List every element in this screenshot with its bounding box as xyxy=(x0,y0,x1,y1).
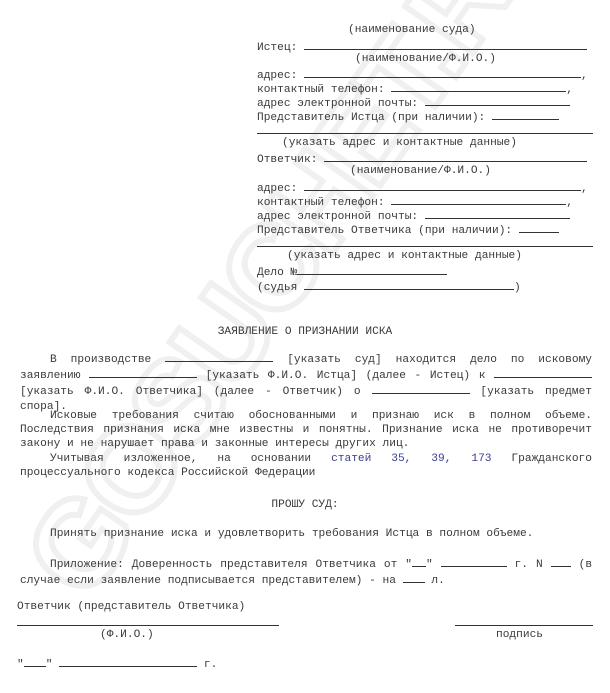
attachment-year: г. xyxy=(515,559,528,571)
fio-field[interactable] xyxy=(17,615,279,626)
plaintiff-rep-caption: (указать адрес и контактные данные) xyxy=(282,137,517,150)
defendant-address-field[interactable] xyxy=(304,180,581,191)
document-title: ЗАЯВЛЕНИЕ О ПРИЗНАНИИ ИСКА xyxy=(0,326,610,339)
date-row: "" г. xyxy=(17,656,217,672)
poa-day-field[interactable] xyxy=(412,556,426,567)
judge-close: ) xyxy=(514,282,521,294)
signature-label: Ответчик (представитель Ответчика) xyxy=(17,601,245,614)
date-quote-open: " xyxy=(17,659,24,671)
plaintiff-address-field[interactable] xyxy=(304,67,581,78)
case-label: Дело № xyxy=(257,267,297,279)
fio-caption: (Ф.И.О.) xyxy=(100,629,154,642)
plaintiff-caption: (наименование/Ф.И.О.) xyxy=(355,53,496,66)
request-title: ПРОШУ СУД: xyxy=(0,499,610,512)
p1-text-a: В производстве xyxy=(50,354,151,366)
signature-field[interactable] xyxy=(455,615,593,626)
court-caption: (наименование суда) xyxy=(348,24,476,37)
date-quote-close: " xyxy=(46,659,53,671)
defendant-field[interactable] xyxy=(324,151,587,162)
p1-text-d: [указать Ф.И.О. Ответчика] (далее - Отве… xyxy=(20,386,361,398)
paragraph-acceptance: Исковые требования считаю обоснованными … xyxy=(20,409,592,452)
poa-date-field[interactable] xyxy=(441,556,507,567)
case-number-field[interactable] xyxy=(297,264,447,275)
defendant-email-field[interactable] xyxy=(425,208,570,219)
judge-row: (судья ) xyxy=(257,279,521,295)
attachment-paragraph: Приложение: Доверенность представителя О… xyxy=(20,556,592,588)
pages-field[interactable] xyxy=(403,572,425,583)
plaintiff-field[interactable] xyxy=(304,39,587,50)
defendant-rep-caption: (указать адрес и контактные данные) xyxy=(287,250,522,263)
poa-number-field[interactable] xyxy=(551,556,571,567)
plaintiff-phone-field[interactable] xyxy=(391,81,566,92)
attachment-quote: " xyxy=(426,559,433,571)
plaintiff-label: Истец: xyxy=(257,42,297,54)
articles-link[interactable]: статей 35, 39, 173 xyxy=(331,453,491,465)
plaintiff-name-field[interactable] xyxy=(89,367,197,378)
judge-label: (судья xyxy=(257,282,297,294)
paragraph-basis: Учитывая изложенное, на основании статей… xyxy=(20,452,592,480)
date-month-field[interactable] xyxy=(59,656,197,667)
defendant-caption: (наименование/Ф.И.О.) xyxy=(350,165,491,178)
plaintiff-email-field[interactable] xyxy=(425,95,570,106)
attachment-text-a: Приложение: Доверенность представителя О… xyxy=(50,559,412,571)
dispute-subject-field[interactable] xyxy=(372,383,470,394)
defendant-phone-field[interactable] xyxy=(391,194,566,205)
defendant-name-field[interactable] xyxy=(494,367,592,378)
p1-text-c: [указать Ф.И.О. Истца] (далее - Истец) к xyxy=(206,370,486,382)
request-paragraph: Принять признание иска и удовлетворить т… xyxy=(20,527,592,541)
sign-caption: подпись xyxy=(496,629,543,642)
date-day-field[interactable] xyxy=(24,656,46,667)
defendant-rep-field-2[interactable] xyxy=(257,236,593,247)
case-number-row: Дело № xyxy=(257,264,447,280)
defendant-label: Ответчик: xyxy=(257,154,317,166)
plaintiff-rep-field-2[interactable] xyxy=(257,123,593,134)
court-field[interactable] xyxy=(165,351,273,362)
attachment-pages: л. xyxy=(431,575,444,587)
attachment-n: N xyxy=(536,559,543,571)
defendant-rep-field[interactable] xyxy=(519,222,559,233)
date-year: г. xyxy=(204,659,217,671)
paragraph-case: В производстве [указать суд] находится д… xyxy=(20,351,592,414)
plaintiff-rep-field[interactable] xyxy=(492,109,559,120)
judge-field[interactable] xyxy=(304,279,514,290)
p3-text-a: Учитывая изложенное, на основании xyxy=(50,453,311,465)
